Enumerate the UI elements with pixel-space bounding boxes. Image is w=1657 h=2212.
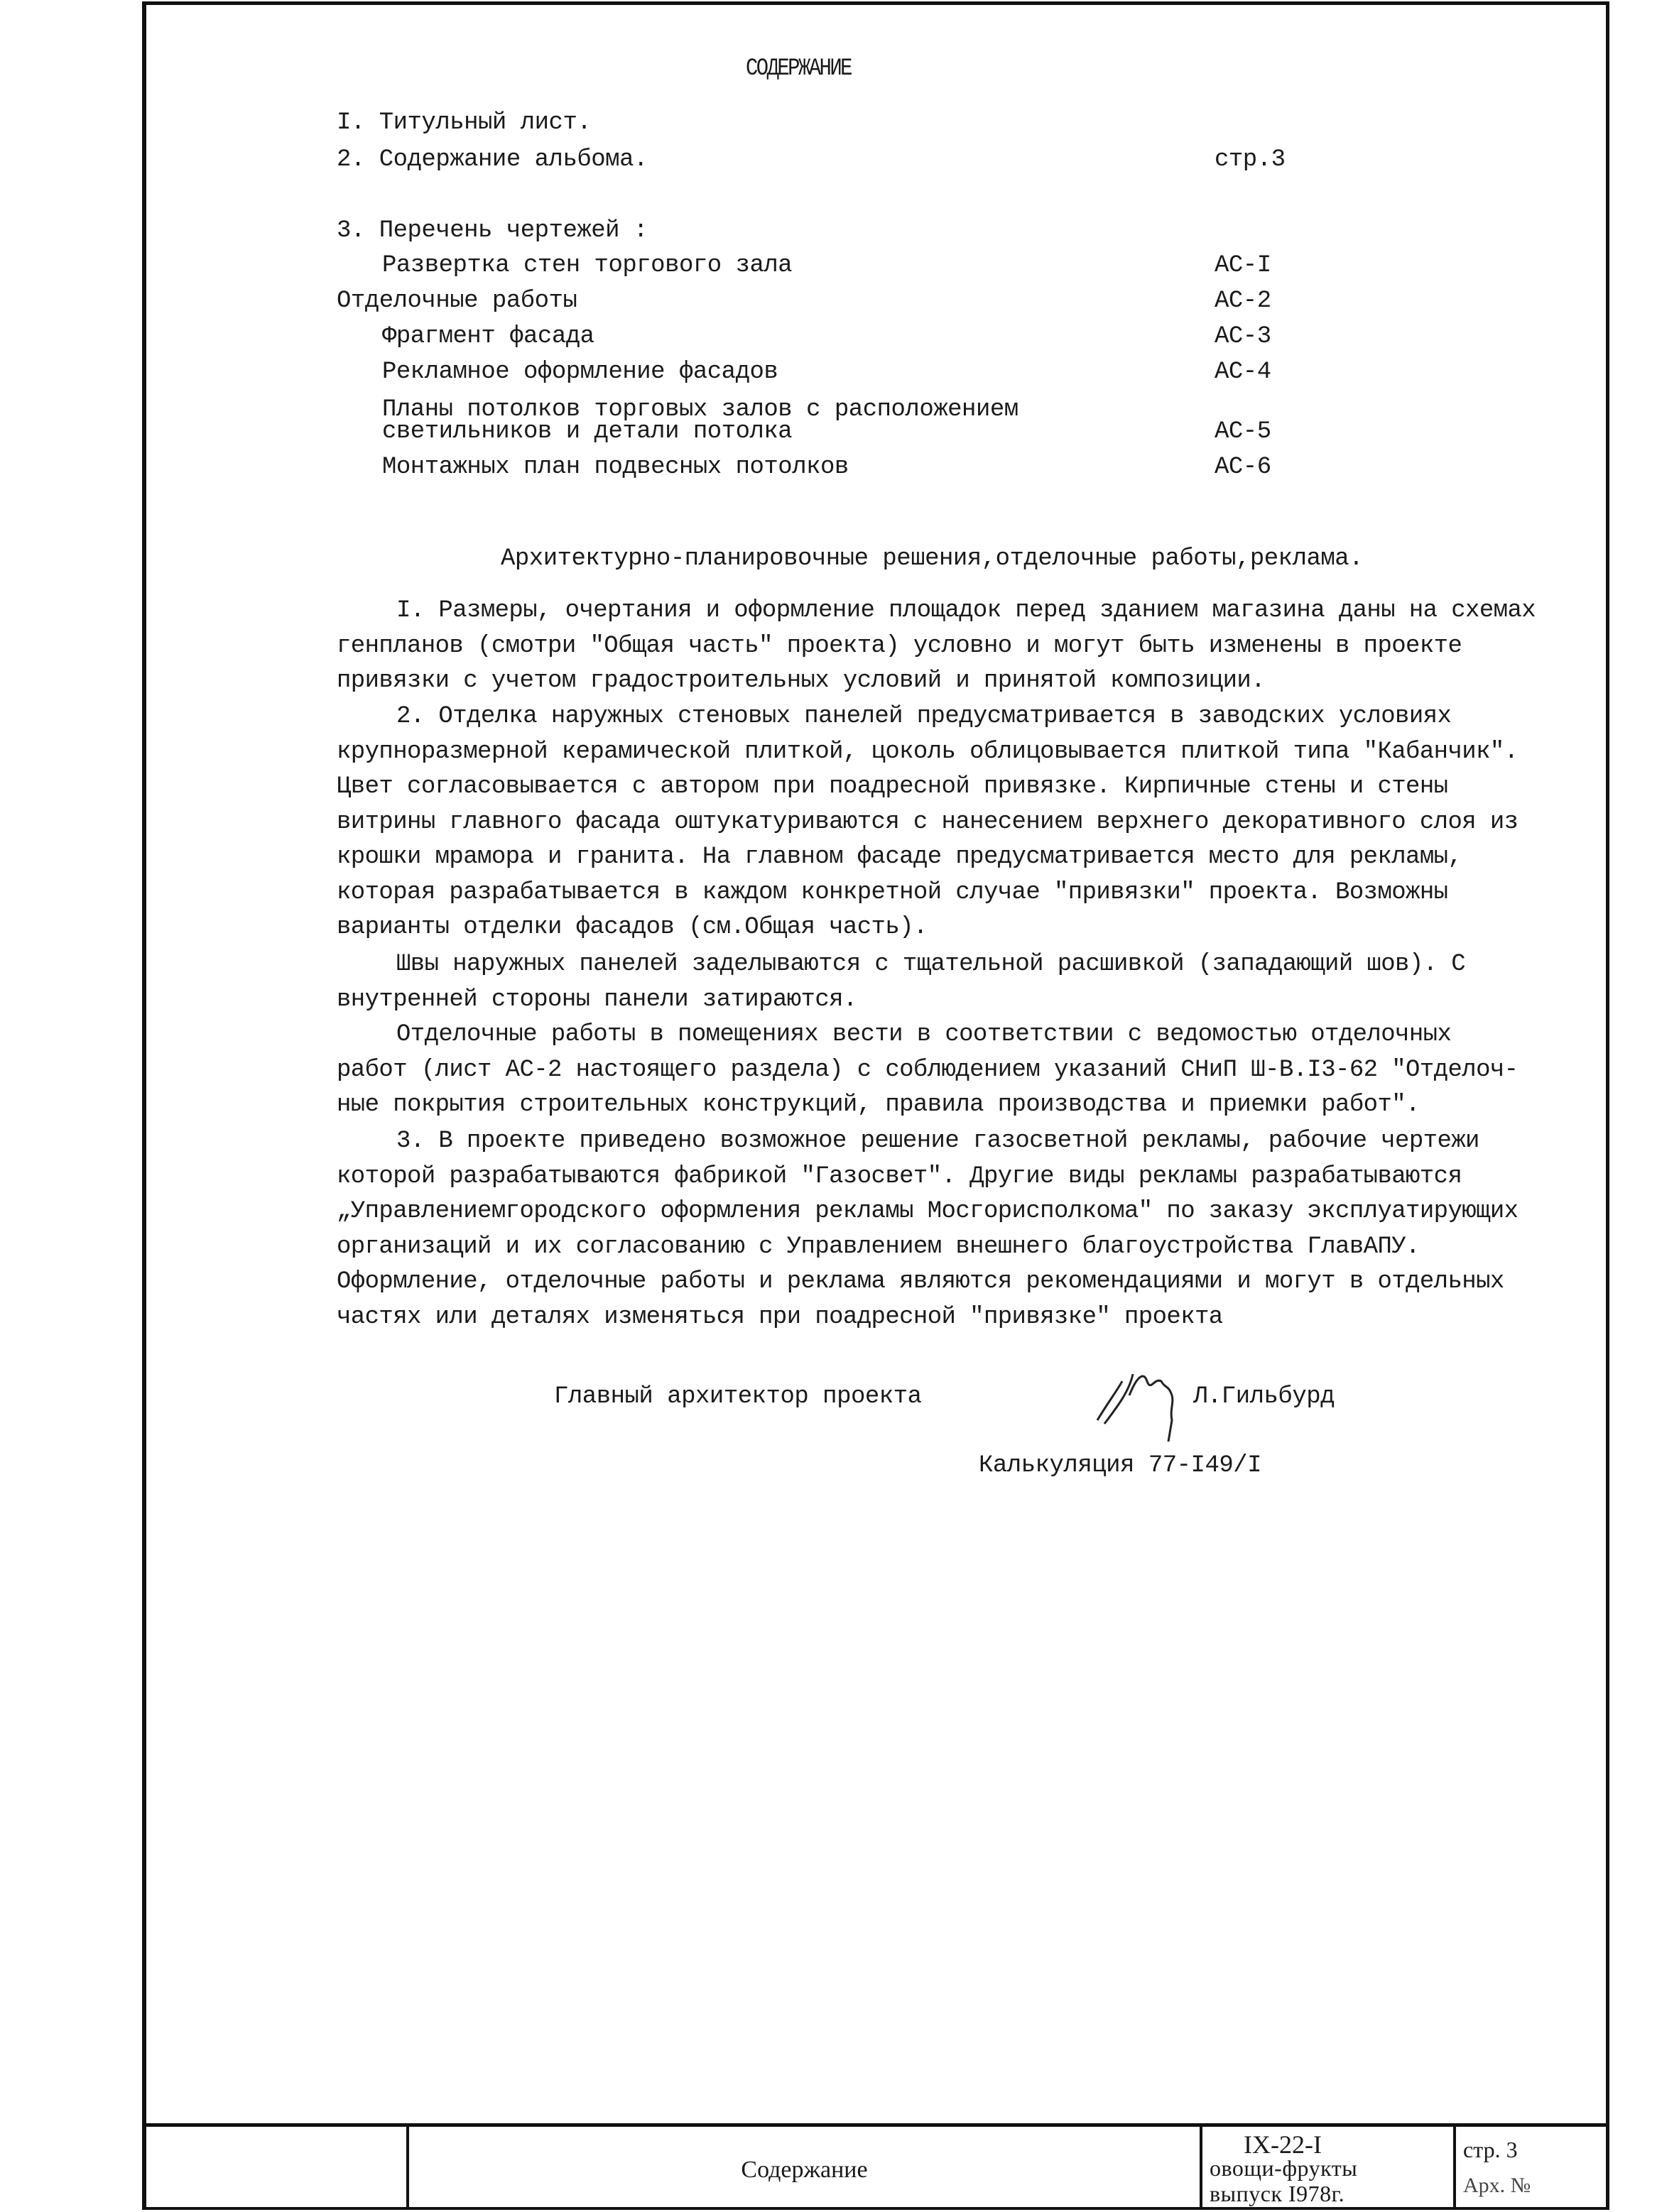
text-line: Швы наружных панелей заделываются с тщат… (337, 947, 1587, 983)
project-issue: выпуск I978г. (1210, 2181, 1344, 2207)
title-block-project-cell: IX-22-I овощи-фрукты выпуск I978г. (1202, 2127, 1456, 2207)
page-number: стр. 3 (1463, 2137, 1518, 2163)
title-block-name-cell: Содержание (409, 2127, 1202, 2207)
text-line: которая разрабатывается в каждом конкрет… (337, 876, 1587, 911)
drawing-code: АС-5 (1215, 420, 1271, 444)
sheet-name: Содержание (409, 2157, 1200, 2184)
toc-item-drawings-list: 3. Перечень чертежей : (337, 219, 648, 243)
text-line: которой разрабатываются фабрикой "Газосв… (337, 1160, 1587, 1195)
drawing-label: Фрагмент фасада (382, 325, 594, 349)
project-subject: овощи-фрукты (1210, 2155, 1357, 2181)
title-block: Содержание IX-22-I овощи-фрукты выпуск I… (142, 2123, 1609, 2210)
drawing-code: АС-6 (1215, 455, 1271, 479)
chief-architect-label: Главный архитектор проекта (554, 1385, 922, 1409)
text-line: ные покрытия строительных конструкций, п… (337, 1088, 1587, 1123)
text-line: Отделочные работы в помещениях вести в с… (337, 1018, 1587, 1053)
text-line: Цвет согласовывается с автором при поадр… (337, 770, 1587, 805)
section-heading: Архитектурно-планировочные решения,отдел… (501, 547, 1363, 571)
title-block-blank-cell (146, 2127, 409, 2207)
drawing-label: Рекламное оформление фасадов (382, 360, 778, 384)
drawing-label-line2: светильников и детали потолка (382, 420, 792, 444)
text-line: Оформление, отделочные работы и реклама … (337, 1265, 1587, 1300)
text-line: внутренней стороны панели затираются. (337, 983, 1587, 1018)
drawing-label: Монтажных план подвесных потолков (382, 455, 849, 479)
toc-item-contents-page: стр.3 (1215, 148, 1286, 172)
paragraph-2: 2. Отделка наружных стеновых панелей пре… (337, 699, 1587, 946)
text-line: организаций и их согласованию с Управлен… (337, 1230, 1587, 1265)
archive-number: Арх. № (1463, 2174, 1531, 2198)
paragraph-4: Отделочные работы в помещениях вести в с… (337, 1018, 1587, 1123)
text-line: привязки с учетом градостроительных усло… (337, 664, 1587, 699)
paragraph-1: I. Размеры, очертания и оформление площа… (337, 594, 1587, 699)
drawing-code: АС-3 (1215, 325, 1271, 349)
drawing-code: АС-4 (1215, 360, 1271, 384)
text-line: витрины главного фасада оштукатуриваются… (337, 805, 1587, 841)
drawing-code: АС-2 (1215, 289, 1271, 313)
chief-architect-name: Л.Гильбурд (1193, 1385, 1335, 1409)
text-line: работ (лист АС-2 настоящего раздела) с с… (337, 1053, 1587, 1089)
page-title: СОДЕРЖАНИЕ (746, 57, 851, 81)
calculation-number: Калькуляция 77-I49/I (979, 1454, 1261, 1478)
toc-item-title-sheet: I. Титульный лист. (337, 111, 591, 135)
text-line: I. Размеры, очертания и оформление площа… (337, 594, 1587, 629)
title-block-page-cell: стр. 3 Арх. № (1456, 2127, 1609, 2207)
paragraph-3: Швы наружных панелей заделываются с тщат… (337, 947, 1587, 1018)
paragraph-5: 3. В проекте приведено возможное решение… (337, 1124, 1587, 1335)
text-line: частях или деталях изменяться при поадре… (337, 1300, 1587, 1336)
drawing-label: Развертка стен торгового зала (382, 254, 792, 278)
toc-item-contents: 2. Содержание альбома. (337, 148, 648, 172)
text-line: крупноразмерной керамической плиткой, цо… (337, 735, 1587, 770)
drawing-code: АС-I (1215, 254, 1271, 278)
text-line: 3. В проекте приведено возможное решение… (337, 1124, 1587, 1160)
text-line: 2. Отделка наружных стеновых панелей пре… (337, 699, 1587, 735)
drawing-label: Отделочные работы (337, 289, 577, 313)
text-line: „Управлениемгородского оформления реклам… (337, 1194, 1587, 1230)
text-line: варианты отделки фасадов (см.Общая часть… (337, 910, 1587, 946)
text-line: крошки мрамора и гранита. На главном фас… (337, 840, 1587, 876)
text-line: генпланов (смотри "Общая часть" проекта)… (337, 629, 1587, 665)
